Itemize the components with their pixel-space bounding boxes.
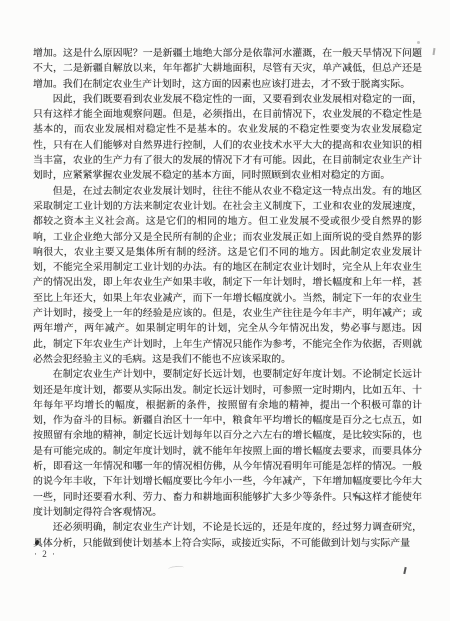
paragraph: 在制定农业生产计划中，要制定好长远计划，也要制定好年度计划。不论制定长远计划还是… [33, 367, 422, 520]
paragraph: 还必须明确，制定农业生产计划，不论是长远的，还是年度的，经过努力调查研究，具体分… [33, 520, 422, 551]
stray-mark-artifact [433, 48, 435, 55]
paragraph-continuation: 增加。这是什么原因呢？一是新疆土地绝大部分是依靠河水灌溉，在一般天旱情况下问题不… [33, 46, 422, 92]
body-text: 增加。这是什么原因呢？一是新疆土地绝大部分是依靠河水灌溉，在一般天旱情况下问题不… [33, 46, 422, 551]
paragraph: 因此，我们既要看到农业发展不稳定性的一面，又要看到农业发展相对稳定的一面，只有这… [33, 92, 422, 184]
stray-mark-artifact [403, 567, 406, 574]
scanned-page: 增加。这是什么原因呢？一是新疆土地绝大部分是依靠河水灌溉，在一般天旱情况下问题不… [0, 0, 450, 621]
paragraph: 但是，在过去制定农业发展计划时，往往不能从农业不稳定这一特点出发。有的地区采取制… [33, 184, 422, 368]
smudge-artifact [168, 565, 184, 572]
stray-speck-artifact [417, 41, 420, 44]
page-number: · 2 · [34, 549, 57, 559]
